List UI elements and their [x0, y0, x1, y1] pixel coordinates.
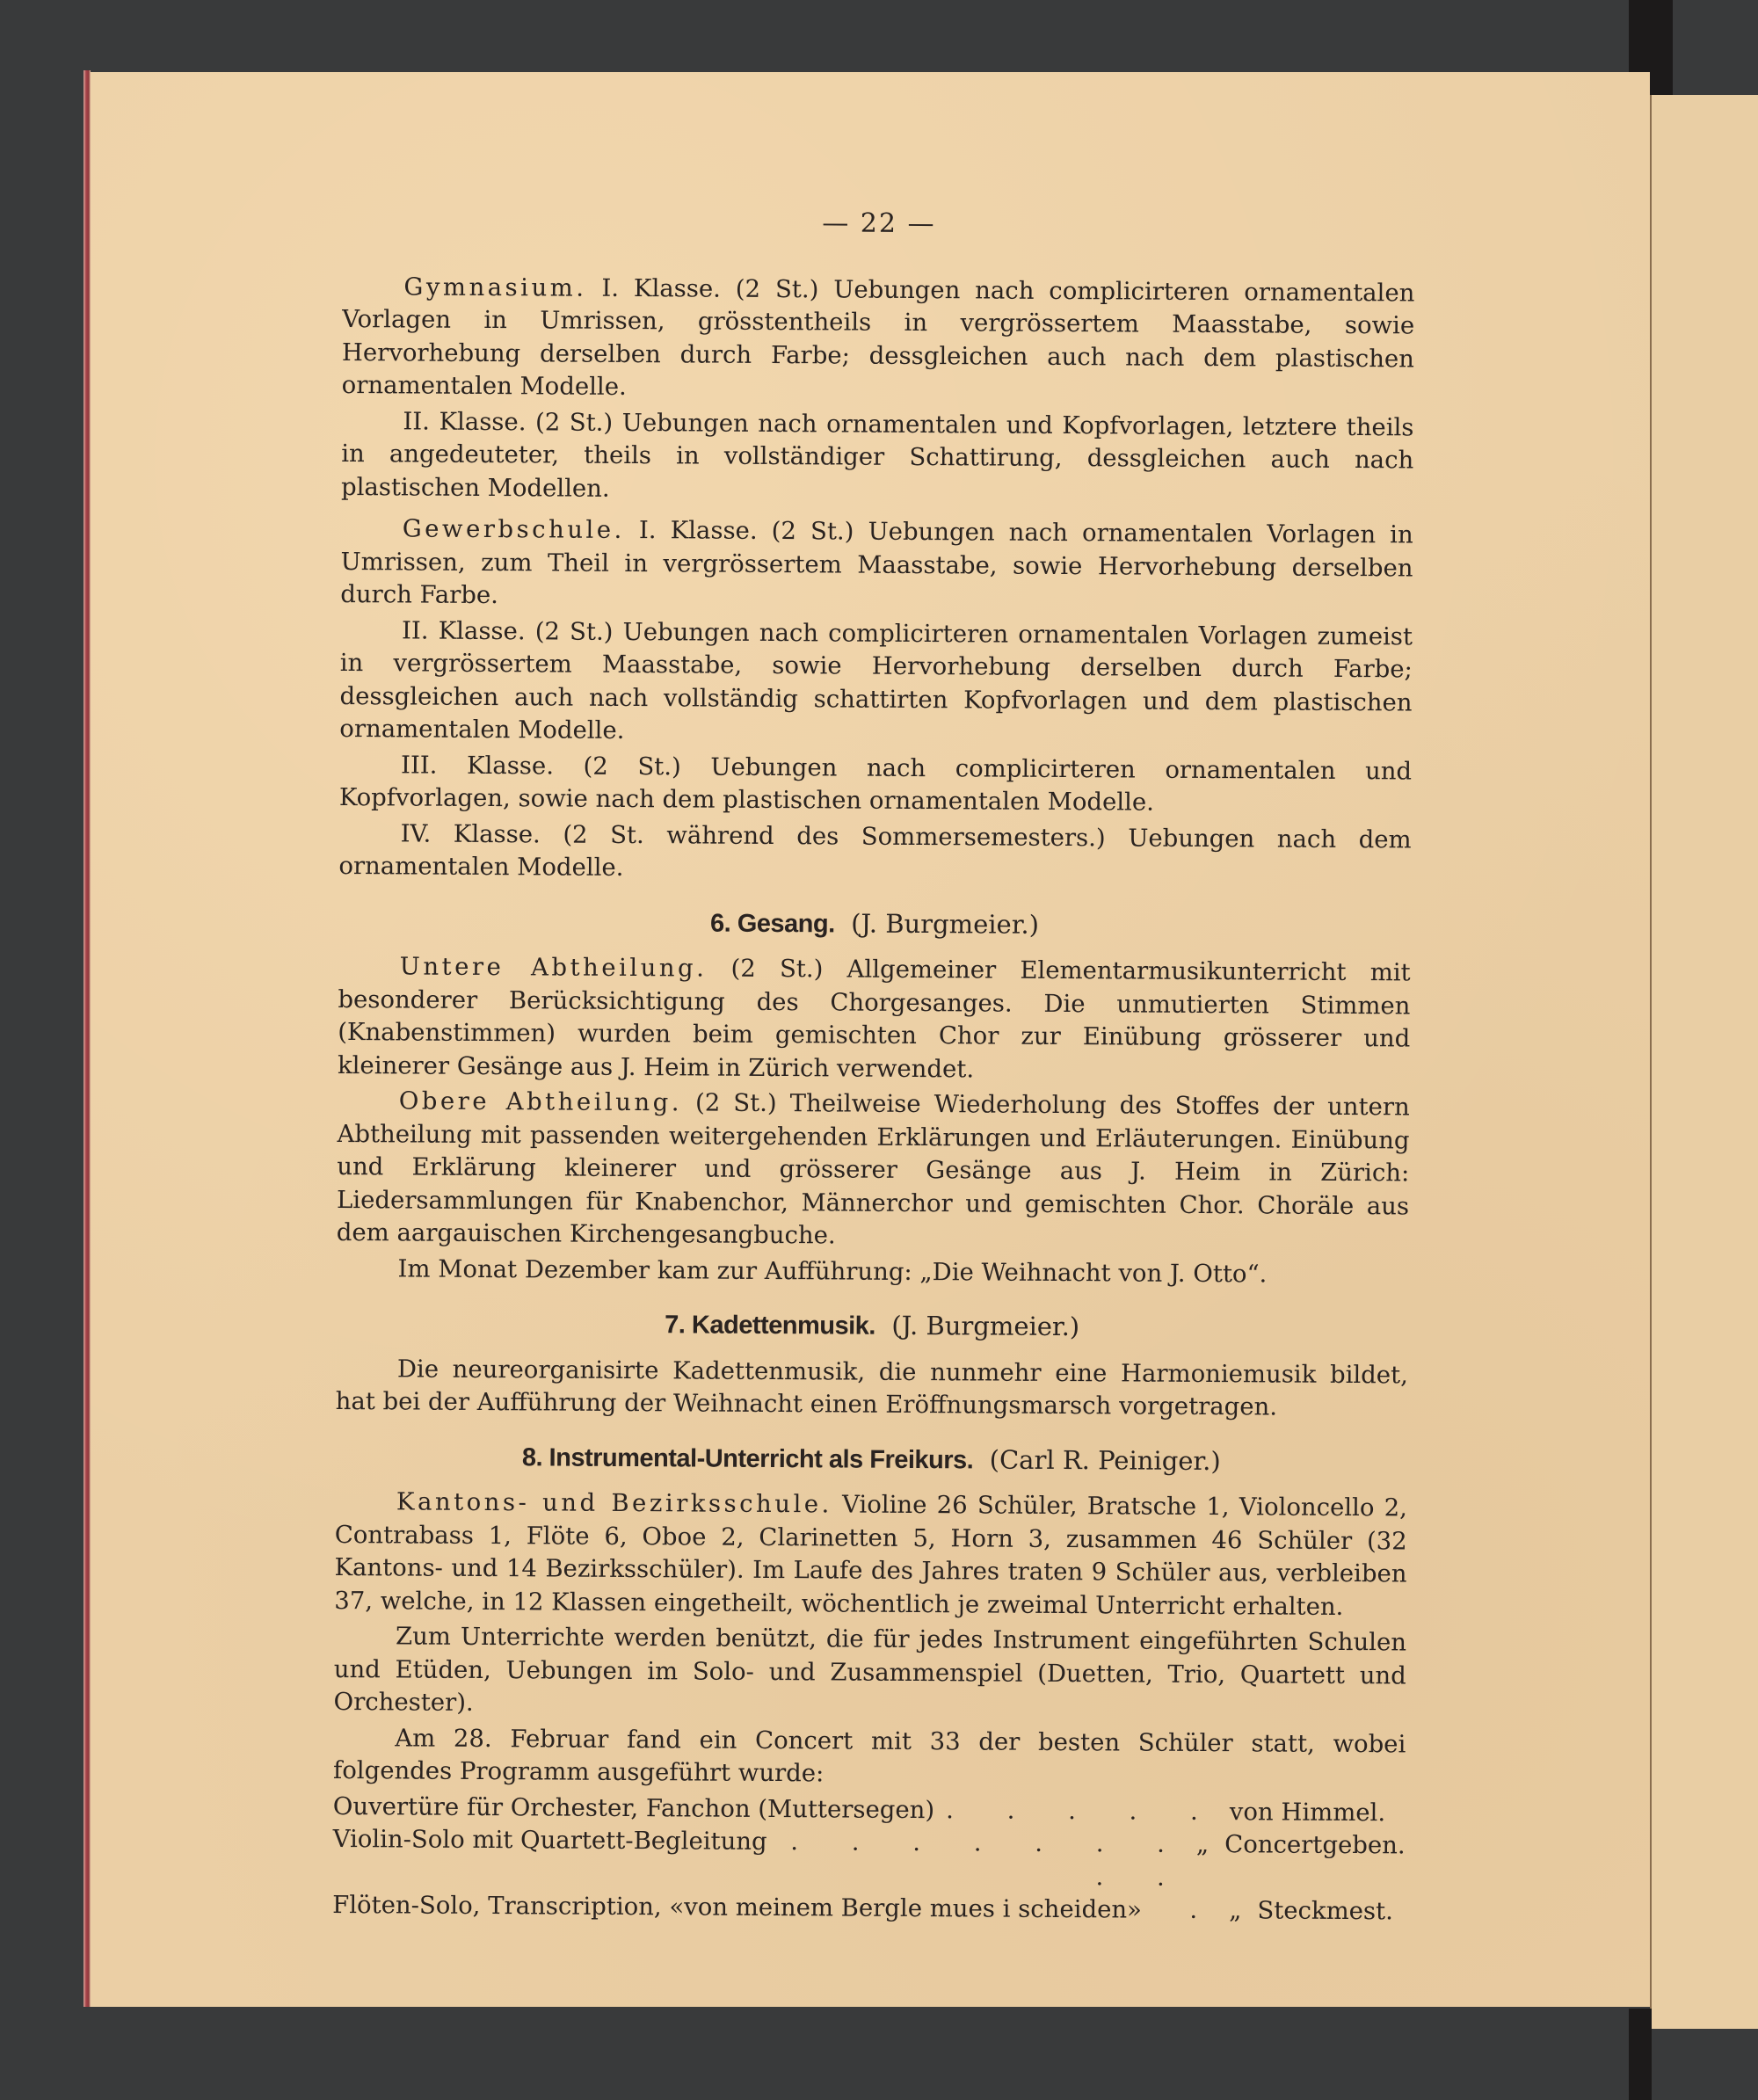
- concert-program: Ouvertüre für Orchester, Fanchon (Mutter…: [332, 1790, 1406, 1928]
- label-gymnasium: Gymnasium.: [403, 272, 586, 302]
- heading-instrumental-title: 8. Instrumental-Unterricht als Freikurs.: [522, 1443, 974, 1474]
- program-item: Violin-Solo mit Quartett-Begleitung . . …: [332, 1823, 1405, 1895]
- paragraph-concert: Am 28. Februar fand ein Concert mit 33 d…: [333, 1721, 1406, 1793]
- heading-kadetten-teacher: (J. Burgmeier.): [891, 1311, 1079, 1341]
- paragraph-gymnasium-2: II. Klasse. (2 St.) Uebungen nach orname…: [341, 404, 1414, 510]
- heading-gesang-teacher: (J. Burgmeier.): [851, 908, 1039, 939]
- paragraph-auffuehrung: Im Monat Dezember kam zur Aufführung: „D…: [336, 1252, 1408, 1291]
- page-red-edge: [84, 70, 91, 2007]
- program-composer-cell: von Himmel.: [1230, 1796, 1406, 1830]
- label-obere-abtheilung: Obere Abtheilung.: [399, 1086, 682, 1116]
- paragraph-gymnasium-1: Gymnasium. I. Klasse. (2 St.) Uebungen n…: [342, 270, 1415, 408]
- program-item: Flöten-Solo, Transcription, «von meinem …: [332, 1889, 1405, 1929]
- program-leader-dots: .: [1142, 1894, 1229, 1928]
- program-composer-cell: „Concertgeben.: [1196, 1828, 1406, 1895]
- program-composer: Concertgeben.: [1224, 1828, 1406, 1863]
- program-by: „: [1196, 1830, 1209, 1858]
- paragraph-gewerbschule-3: III. Klasse. (2 St.) Uebungen nach compl…: [339, 748, 1412, 820]
- program-title: Violin-Solo mit Quartett-Begleitung: [332, 1823, 766, 1892]
- section-heading-kadettenmusik: 7. Kadettenmusik. (J. Burgmeier.): [336, 1306, 1408, 1347]
- heading-instrumental-teacher: (Carl R. Peiniger.): [990, 1444, 1221, 1476]
- book-spine-bottom: [1629, 2009, 1652, 2100]
- heading-kadetten-title: 7. Kadettenmusik.: [665, 1311, 875, 1340]
- paragraph-untere-abtheilung: Untere Abtheilung. (2 St.) Allgemeiner E…: [338, 950, 1411, 1088]
- program-composer: Steckmest.: [1257, 1894, 1393, 1928]
- paragraph-gewerbschule-2: II. Klasse. (2 St.) Uebungen nach compli…: [339, 614, 1413, 752]
- program-leader-dots: . . . . .: [934, 1794, 1230, 1829]
- program-by: von: [1230, 1798, 1274, 1826]
- paragraph-obere-abtheilung: Obere Abtheilung. (2 St.) Theilweise Wie…: [337, 1085, 1410, 1256]
- program-composer: Himmel.: [1281, 1798, 1385, 1827]
- paragraph-gewerbschule-4: IV. Klasse. (2 St. während des Sommersem…: [338, 817, 1411, 889]
- program-title: Flöten-Solo, Transcription, «von meinem …: [332, 1889, 1142, 1927]
- paragraph-gewerbschule-1: Gewerbschule. I. Klasse. (2 St.) Uebunge…: [340, 512, 1413, 618]
- page-content: — 22 — Gymnasium. I. Klasse. (2 St.) Ueb…: [332, 204, 1415, 1929]
- facing-page-edge: [1650, 95, 1758, 2029]
- section-heading-instrumental: 8. Instrumental-Unterricht als Freikurs.…: [335, 1439, 1407, 1479]
- label-gewerbschule: Gewerbschule.: [403, 514, 625, 544]
- program-leader-dots: . . . . . . . . .: [766, 1826, 1196, 1894]
- paragraph-unterricht: Zum Unterrichte werden benützt, die für …: [333, 1620, 1406, 1726]
- program-title: Ouvertüre für Orchester, Fanchon (Mutter…: [333, 1790, 935, 1827]
- paragraph-kantonsschule: Kantons- und Bezirksschule. Violine 26 S…: [334, 1486, 1407, 1624]
- page-number: — 22 —: [343, 204, 1415, 243]
- program-by: „: [1229, 1896, 1241, 1924]
- label-kantonsschule: Kantons- und Bezirksschule.: [396, 1487, 832, 1518]
- paragraph-kadettenmusik: Die neureorganisirte Kadettenmusik, die …: [336, 1352, 1408, 1424]
- program-composer-cell: „Steckmest.: [1229, 1894, 1405, 1929]
- label-untere-abtheilung: Untere Abtheilung.: [400, 952, 708, 982]
- heading-gesang-title: 6. Gesang.: [710, 909, 835, 938]
- section-heading-gesang: 6. Gesang. (J. Burgmeier.): [338, 904, 1411, 944]
